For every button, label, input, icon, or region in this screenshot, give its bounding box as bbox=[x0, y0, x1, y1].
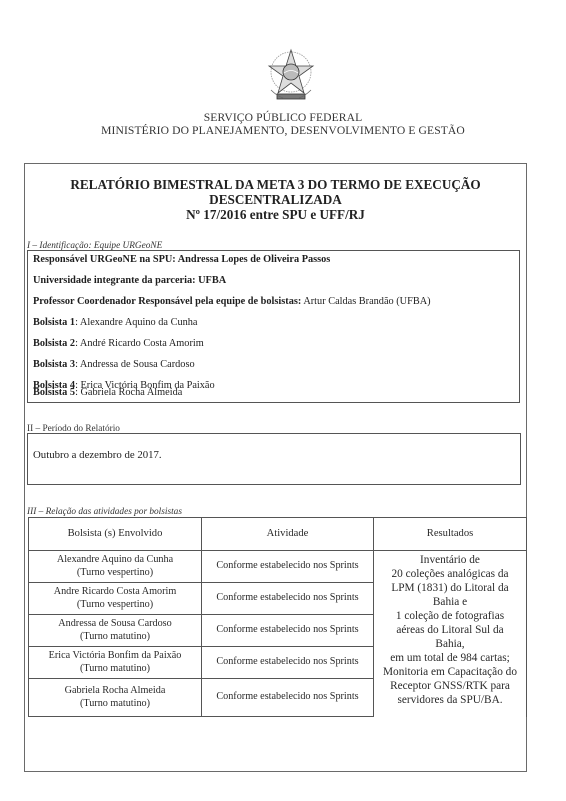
bolsista-line: Bolsista 3: Andressa de Sousa Cardoso bbox=[33, 359, 195, 370]
responsavel-line: Responsável URGeoNE na SPU: Andressa Lop… bbox=[33, 254, 330, 265]
turno: (Turno vespertino) bbox=[77, 599, 153, 610]
bolsista-name: : André Ricardo Costa Amorim bbox=[75, 338, 204, 349]
bolsista-cell: Andressa de Sousa Cardoso(Turno matutino… bbox=[29, 615, 202, 647]
atividade-cell: Conforme estabelecido nos Sprints bbox=[202, 615, 374, 647]
table-row: Alexandre Aquino da Cunha(Turno vesperti… bbox=[29, 551, 527, 583]
professor-value: Artur Caldas Brandão (UFBA) bbox=[301, 296, 430, 307]
resultados-line: Inventário de bbox=[374, 553, 526, 567]
resultados-cell: Inventário de20 coleções analógicas daLP… bbox=[374, 551, 527, 717]
header-atividade: Atividade bbox=[202, 518, 374, 551]
period-value: Outubro a dezembro de 2017. bbox=[33, 449, 162, 461]
table-header-row: Bolsista (s) Envolvido Atividade Resulta… bbox=[29, 518, 527, 551]
report-title-line2: DESCENTRALIZADA bbox=[24, 192, 527, 207]
turno: (Turno matutino) bbox=[80, 698, 150, 709]
resultados-line: servidores da SPU/BA. bbox=[374, 693, 526, 707]
activities-table: Bolsista (s) Envolvido Atividade Resulta… bbox=[28, 517, 527, 717]
bolsista-line: Bolsista 2: André Ricardo Costa Amorim bbox=[33, 338, 204, 349]
universidade-line: Universidade integrante da parceria: UFB… bbox=[33, 275, 226, 286]
section3-label: III – Relação das atividades por bolsist… bbox=[27, 507, 182, 517]
coat-of-arms-icon bbox=[263, 46, 319, 104]
bolsista-name: Erica Victória Bonfim da Paixão bbox=[49, 650, 182, 661]
universidade-text: Universidade integrante da parceria: UFB… bbox=[33, 275, 226, 286]
bolsista-label: Bolsista 2 bbox=[33, 338, 75, 349]
report-title-line1: RELATÓRIO BIMESTRAL DA META 3 DO TERMO D… bbox=[24, 177, 527, 192]
resultados-line: Bahia, bbox=[374, 637, 526, 651]
bolsista-label: Bolsista 5 bbox=[33, 387, 75, 398]
bolsista-cell: Andre Ricardo Costa Amorim(Turno vespert… bbox=[29, 583, 202, 615]
resultados-line: LPM (1831) do Litoral da bbox=[374, 581, 526, 595]
letterhead-ministry: MINISTÉRIO DO PLANEJAMENTO, DESENVOLVIME… bbox=[0, 124, 566, 137]
bolsista-line: Bolsista 1: Alexandre Aquino da Cunha bbox=[33, 317, 197, 328]
header-resultados: Resultados bbox=[374, 518, 527, 551]
bolsista-cell: Alexandre Aquino da Cunha(Turno vesperti… bbox=[29, 551, 202, 583]
resultados-line: Bahia e bbox=[374, 595, 526, 609]
bolsista-name: Gabriela Rocha Almeida bbox=[65, 685, 166, 696]
bolsista-name: : Alexandre Aquino da Cunha bbox=[75, 317, 197, 328]
header-bolsista: Bolsista (s) Envolvido bbox=[29, 518, 202, 551]
bolsista-line: Bolsista 5: Gabriela Rocha Almeida bbox=[33, 387, 182, 398]
atividade-cell: Conforme estabelecido nos Sprints bbox=[202, 647, 374, 679]
resultados-line: aéreas do Litoral Sul da bbox=[374, 623, 526, 637]
turno: (Turno vespertino) bbox=[77, 567, 153, 578]
resultados-line: Monitoria em Capacitação do bbox=[374, 665, 526, 679]
professor-label: Professor Coordenador Responsável pela e… bbox=[33, 296, 301, 307]
bolsista-name: Andre Ricardo Costa Amorim bbox=[54, 586, 177, 597]
bolsista-name: : Andressa de Sousa Cardoso bbox=[75, 359, 195, 370]
bolsista-name: : Gabriela Rocha Almeida bbox=[75, 387, 182, 398]
bolsista-label: Bolsista 3 bbox=[33, 359, 75, 370]
bolsista-name: Alexandre Aquino da Cunha bbox=[57, 554, 173, 565]
turno: (Turno matutino) bbox=[80, 631, 150, 642]
professor-line: Professor Coordenador Responsável pela e… bbox=[33, 296, 431, 307]
bolsista-label: Bolsista 1 bbox=[33, 317, 75, 328]
turno: (Turno matutino) bbox=[80, 663, 150, 674]
atividade-cell: Conforme estabelecido nos Sprints bbox=[202, 679, 374, 717]
bolsista-name: Andressa de Sousa Cardoso bbox=[58, 618, 171, 629]
resultados-line: Receptor GNSS/RTK para bbox=[374, 679, 526, 693]
resultados-line: em um total de 984 cartas; bbox=[374, 651, 526, 665]
resultados-line: 1 coleção de fotografias bbox=[374, 609, 526, 623]
responsavel-text: Responsável URGeoNE na SPU: Andressa Lop… bbox=[33, 254, 330, 265]
bolsista-cell: Erica Victória Bonfim da Paixão(Turno ma… bbox=[29, 647, 202, 679]
report-title-line3: Nº 17/2016 entre SPU e UFF/RJ bbox=[24, 207, 527, 222]
atividade-cell: Conforme estabelecido nos Sprints bbox=[202, 583, 374, 615]
atividade-cell: Conforme estabelecido nos Sprints bbox=[202, 551, 374, 583]
resultados-line: 20 coleções analógicas da bbox=[374, 567, 526, 581]
letterhead-service: SERVIÇO PÚBLICO FEDERAL bbox=[0, 111, 566, 124]
bolsista-cell: Gabriela Rocha Almeida(Turno matutino) bbox=[29, 679, 202, 717]
